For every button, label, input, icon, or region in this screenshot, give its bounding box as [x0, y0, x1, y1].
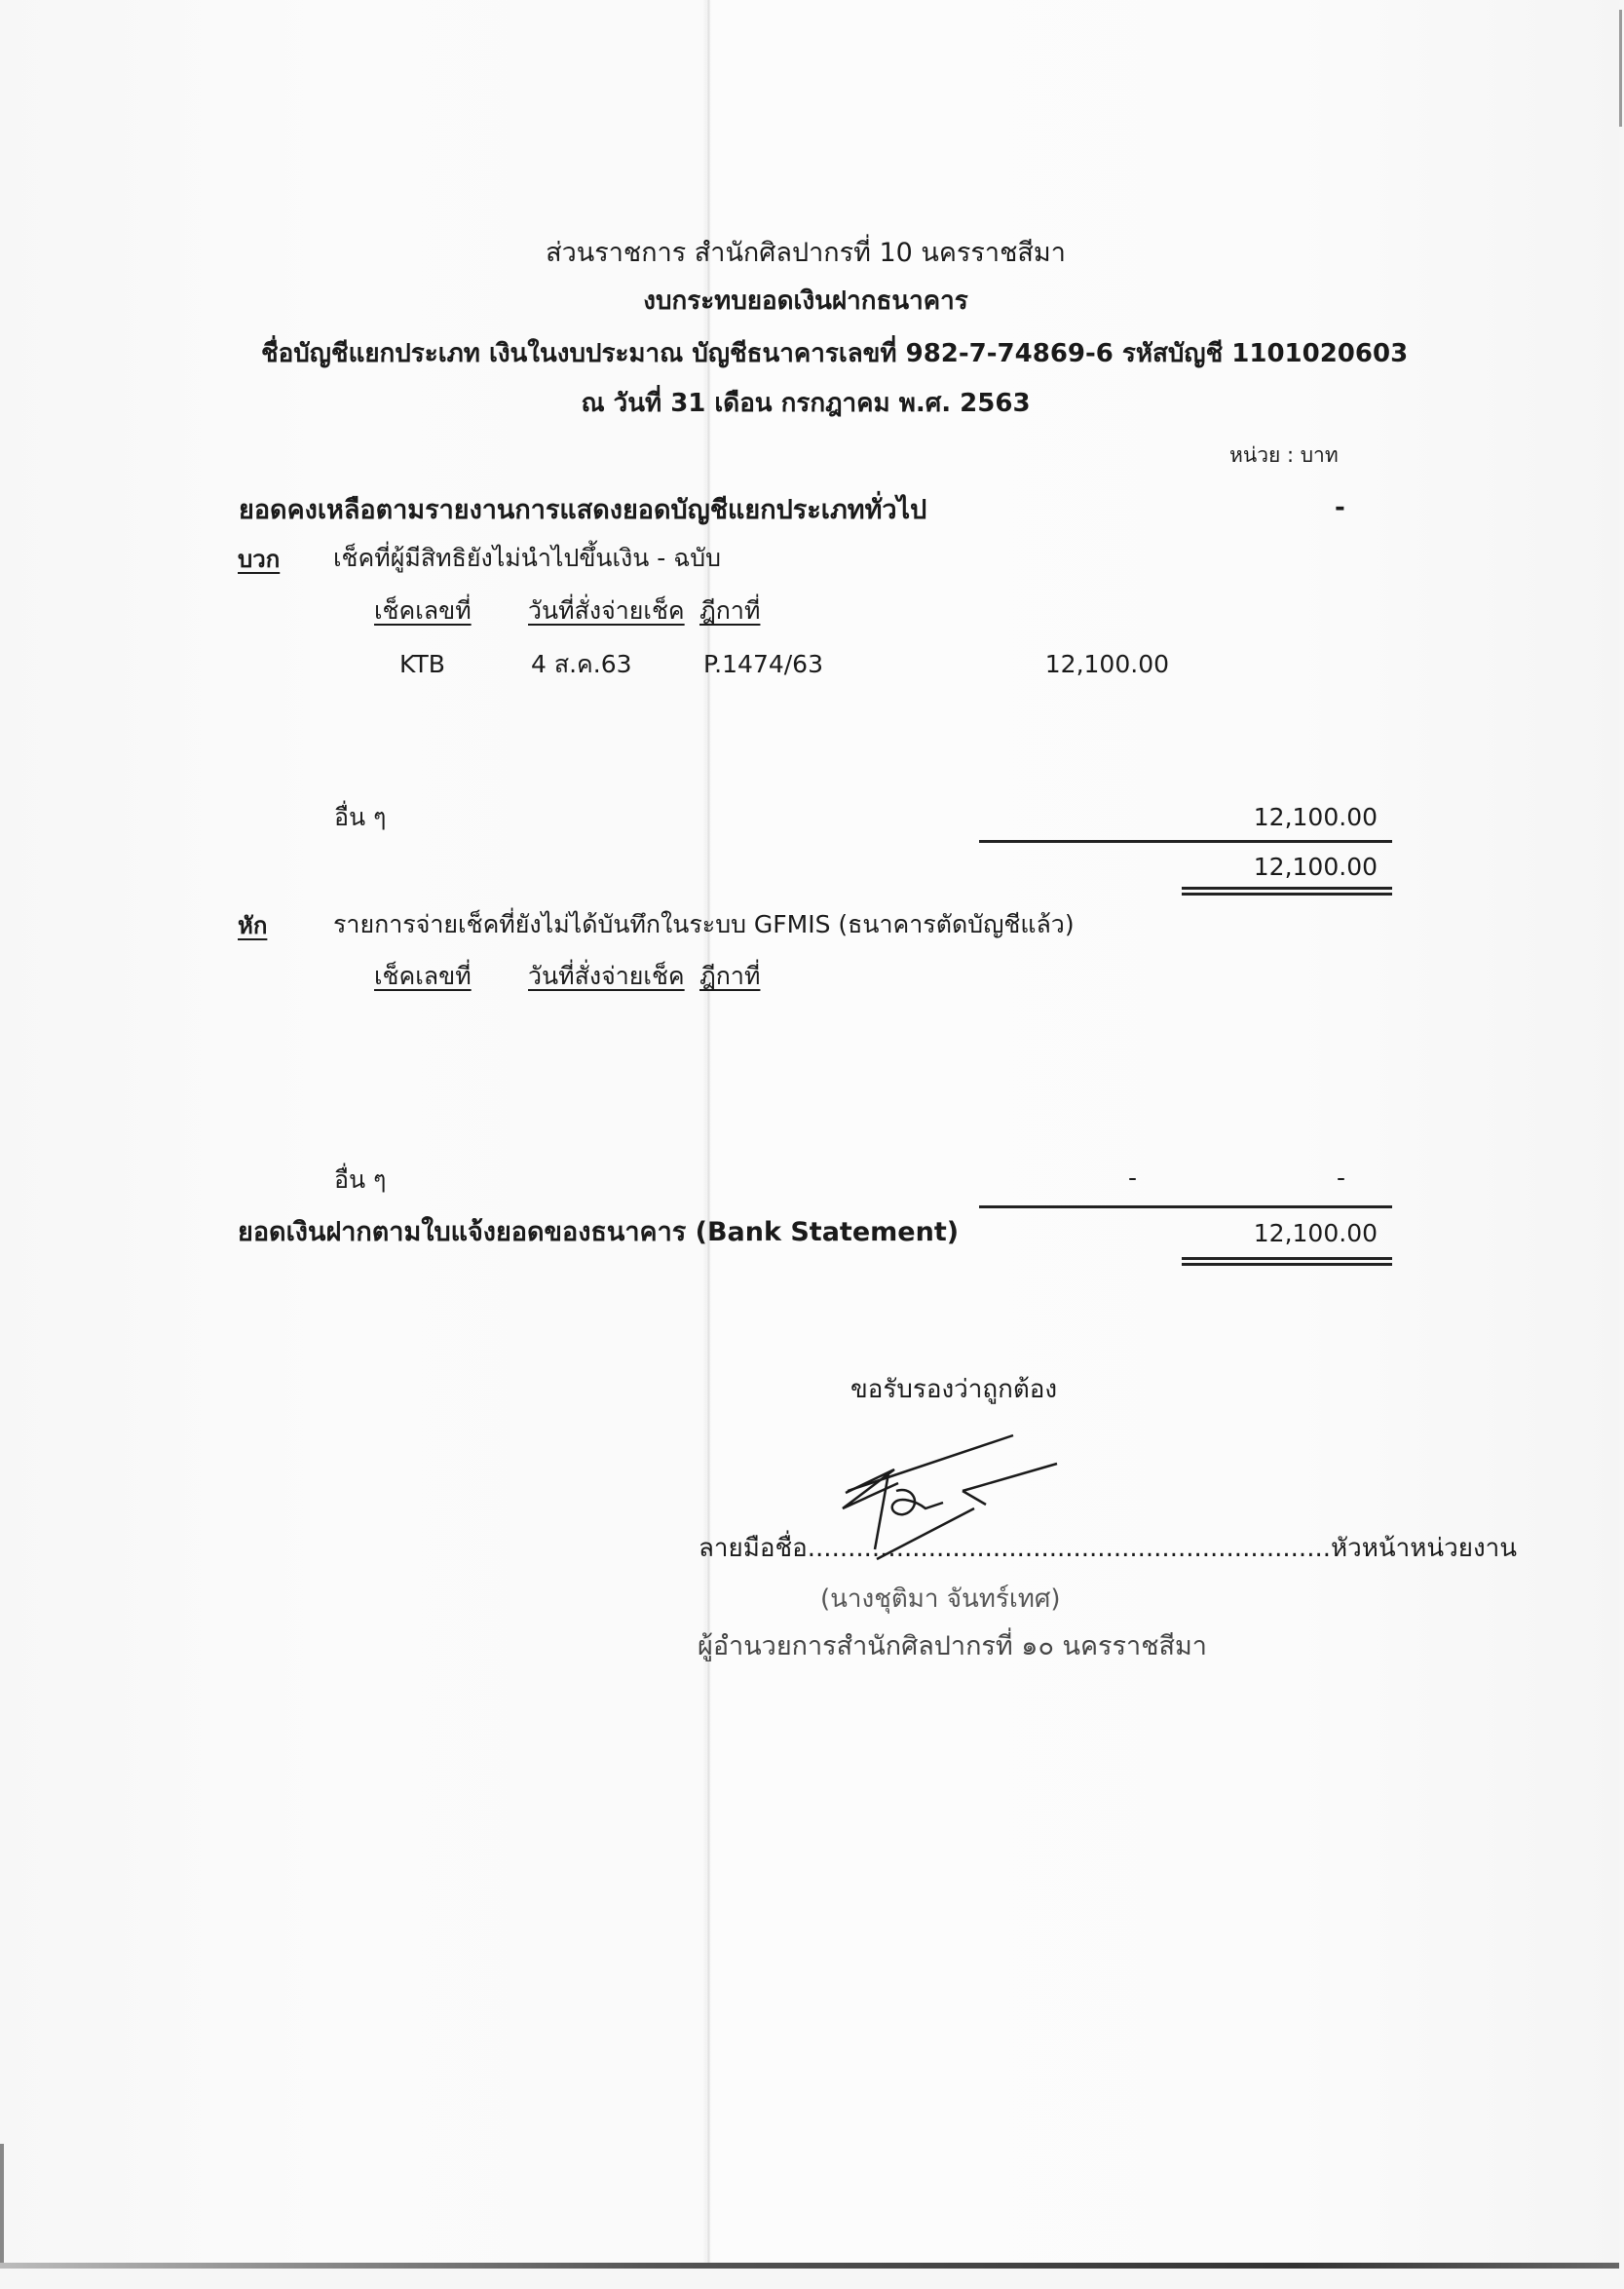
col-voucher-no: ฎีกาที่	[699, 598, 760, 623]
scan-edge	[0, 2144, 4, 2263]
col-voucher-no: ฎีกาที่	[699, 964, 760, 988]
ledger-balance-label: ยอดคงเหลือตามรายงานการแสดงยอดบัญชีแยกประ…	[239, 497, 926, 523]
voucher-no: P.1474/63	[703, 652, 823, 676]
double-underline	[1182, 887, 1392, 896]
deduct-label: หัก	[238, 914, 267, 937]
col-cheque-no: เช็คเลขที่	[374, 964, 472, 988]
cheque-amount: 12,100.00	[974, 652, 1169, 676]
certification-statement: ขอรับรองว่าถูกต้อง	[850, 1377, 1057, 1402]
unit-label: หน่วย : บาท	[1229, 445, 1339, 466]
add-label: บวก	[238, 548, 280, 571]
ledger-balance-amount: -	[1335, 495, 1345, 520]
signature-line: ลายมือชื่อ..............................…	[699, 1536, 1517, 1561]
agency-name: ส่วนราชการ สำนักศิลปากรที่ 10 นครราชสีมา	[546, 240, 1066, 266]
deduct-other-amount: -	[1128, 1165, 1137, 1190]
add-subtotal: 12,100.00	[1179, 855, 1378, 879]
cheque-date: 4 ส.ค.63	[531, 652, 632, 676]
deduct-other-total: -	[1337, 1165, 1345, 1190]
double-underline	[1182, 1257, 1392, 1266]
add-description: เช็คที่ผู้มีสิทธิยังไม่นำไปขึ้นเงิน - ฉบ…	[333, 546, 721, 570]
bank-statement-amount: 12,100.00	[1179, 1221, 1378, 1245]
col-cheque-date: วันที่สั่งจ่ายเช็ค	[528, 598, 685, 623]
single-underline	[979, 840, 1392, 843]
scan-edge	[0, 2263, 1619, 2269]
add-other-total: 12,100.00	[1179, 805, 1378, 829]
deduct-other-label: อื่น ๆ	[334, 1167, 386, 1192]
account-line: ชื่อบัญชีแยกประเภท เงินในงบประมาณ บัญชีธ…	[261, 341, 1408, 366]
col-cheque-date: วันที่สั่งจ่ายเช็ค	[528, 964, 685, 988]
col-cheque-no: เช็คเลขที่	[374, 598, 472, 623]
bank-statement-label: ยอดเงินฝากตามใบแจ้งยอดของธนาคาร (Bank St…	[238, 1219, 959, 1245]
cheque-no: KTB	[399, 652, 445, 676]
deduct-description: รายการจ่ายเช็คที่ยังไม่ได้บันทึกในระบบ G…	[333, 912, 1075, 936]
single-underline	[979, 1205, 1392, 1208]
signer-name: (นางชุติมา จันทร์เทศ)	[820, 1586, 1061, 1612]
add-other-label: อื่น ๆ	[334, 805, 386, 829]
signer-position: ผู้อำนวยการสำนักศิลปากรที่ ๑๐ นครราชสีมา	[698, 1633, 1207, 1660]
scan-edge	[1619, 10, 1622, 127]
document-title: งบกระทบยอดเงินฝากธนาคาร	[643, 288, 967, 314]
date-line: ณ วันที่ 31 เดือน กรกฎาคม พ.ศ. 2563	[581, 391, 1030, 416]
